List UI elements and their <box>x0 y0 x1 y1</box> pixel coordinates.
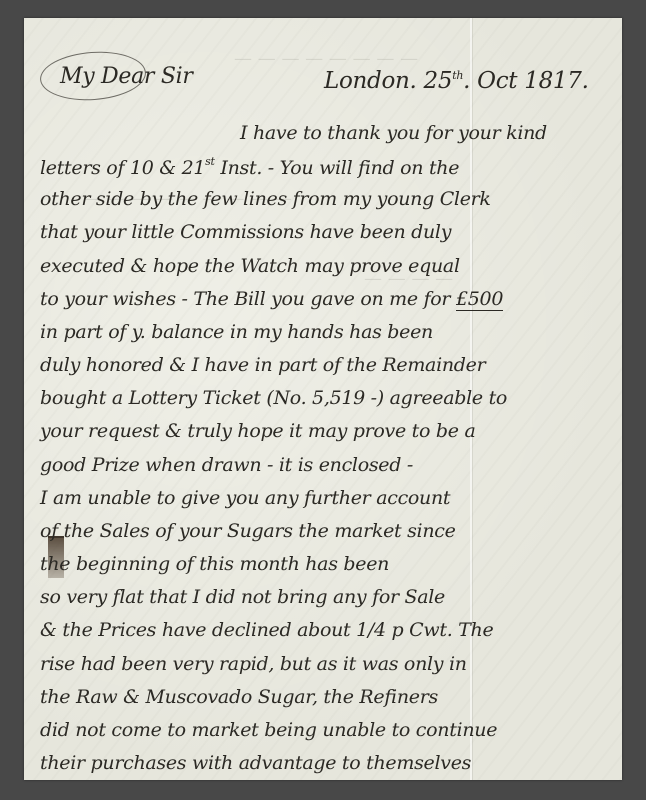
letter-line: did not come to market being unable to c… <box>40 719 497 741</box>
letter-line: good Prize when drawn - it is enclosed - <box>40 454 413 476</box>
letter-line: & the Prices have declined about 1/4 p C… <box>40 619 493 641</box>
letter-line: bought a Lottery Ticket (No. 5,519 -) ag… <box>40 387 507 409</box>
letter-line: in part of y. balance in my hands has be… <box>40 321 433 343</box>
dateline-month-year: . Oct 1817. <box>463 68 588 94</box>
letter-line: the Raw & Muscovado Sugar, the Refiners <box>40 686 438 708</box>
letter-line: of the Sales of your Sugars the market s… <box>40 520 456 542</box>
dateline-day: 25 <box>424 68 453 94</box>
dateline-place: London. <box>324 68 417 94</box>
letter-line: I am unable to give you any further acco… <box>40 487 450 509</box>
letter-line: other side by the few lines from my youn… <box>40 188 491 210</box>
dateline: London. 25th. Oct 1817. <box>324 68 589 94</box>
dateline-day-suffix: th <box>452 69 463 82</box>
salutation: My Dear Sir <box>60 64 193 89</box>
letter-line: their purchases with advantage to themse… <box>40 752 471 774</box>
letter-line: executed & hope the Watch may prove equa… <box>40 255 460 277</box>
bill-amount: £500 <box>456 288 503 311</box>
letter-line: letters of 10 & 21st Inst. - You will fi… <box>40 155 459 179</box>
letter-page: — — — — — — — — — — — — — — — — — — — — … <box>24 18 622 780</box>
letter-line: that your little Commissions have been d… <box>40 221 451 243</box>
letter-line: rise had been very rapid, but as it was … <box>40 653 467 675</box>
letter-line: so very flat that I did not bring any fo… <box>40 586 445 608</box>
letter-line: duly honored & I have in part of the Rem… <box>40 354 485 376</box>
bleed-through-text: — — — — — — — — <box>234 48 418 69</box>
letter-line: the beginning of this month has been <box>40 553 389 575</box>
letter-line: to your wishes - The Bill you gave on me… <box>40 288 503 310</box>
letter-line: your request & truly hope it may prove t… <box>40 420 475 442</box>
letter-line: I have to thank you for your kind <box>240 122 547 144</box>
